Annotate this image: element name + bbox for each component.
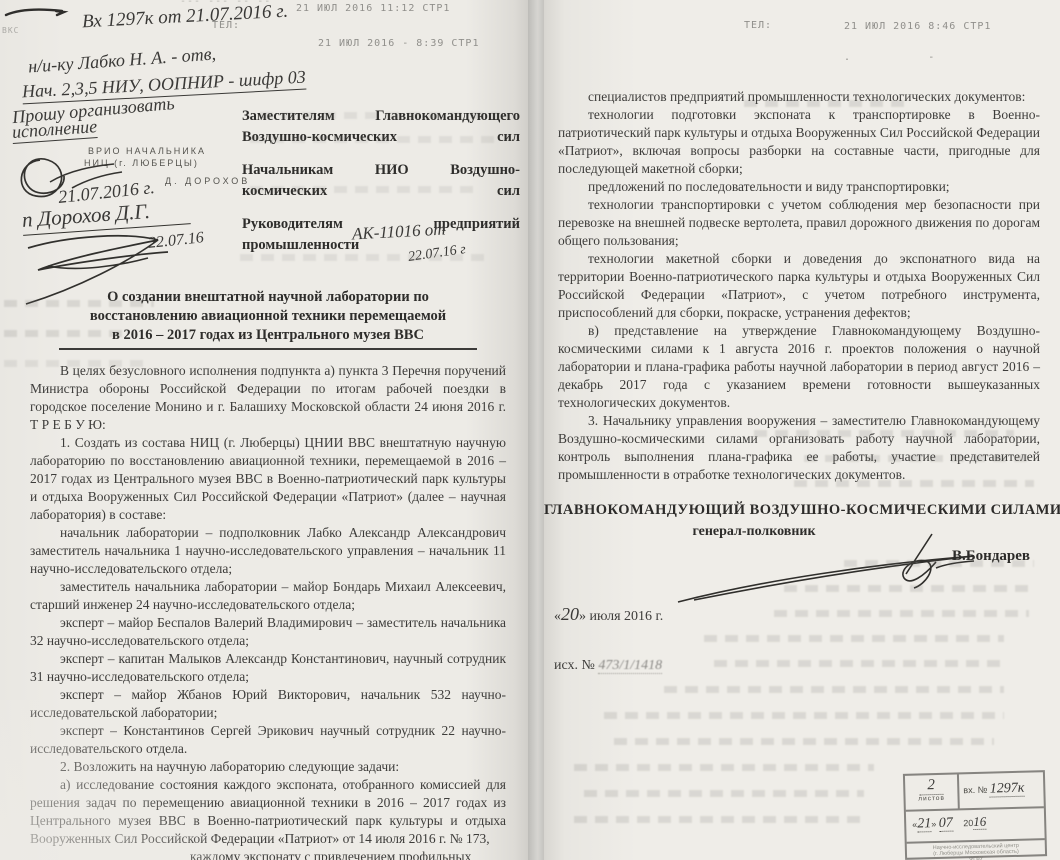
addressee-2: Начальникам НИО Воздушно-космических сил xyxy=(242,160,520,202)
paragraph: эксперт – Константинов Сергей Эрикович н… xyxy=(30,722,506,758)
bleed-through-line xyxy=(754,430,1014,437)
paragraph: в) представление на утверждение Главноко… xyxy=(558,322,1040,412)
page-gutter-shadow xyxy=(528,0,544,860)
paragraph: технологии макетной сборки и доведения д… xyxy=(558,250,1040,322)
bleed-through-line xyxy=(574,816,864,823)
paragraph: В целях безусловного исполнения подпункт… xyxy=(30,362,506,434)
outgoing-label: исх. № xyxy=(554,658,595,673)
paragraph: эксперт – майор Жбанов Юрий Викторович, … xyxy=(30,686,506,722)
stamp-date-month: 07 xyxy=(939,816,953,832)
title-underline xyxy=(59,348,478,350)
vrio-stamp-name: Д. ДОРОХОВ xyxy=(165,176,250,186)
page-2: ТЕЛ: 21 ИЮЛ 2016 8:46 СТР1 . - специалис… xyxy=(544,0,1060,860)
bleed-through-line xyxy=(664,686,1004,693)
paragraph: предложений по последовательности и виду… xyxy=(558,178,1040,196)
bleed-through-line xyxy=(260,112,500,119)
bleed-through-line xyxy=(250,186,480,193)
document-body-2: специалистов предприятий промышленности … xyxy=(558,88,1040,484)
paragraph: заместитель начальника лаборатории – май… xyxy=(30,578,506,614)
pen-stroke xyxy=(4,2,74,22)
bleed-through-line xyxy=(704,635,1004,642)
bleed-through-line xyxy=(744,100,904,107)
bleed-through-line xyxy=(774,610,1029,617)
bleed-through-line xyxy=(714,660,1004,667)
fax-tel-label-2: ТЕЛ: xyxy=(744,20,772,31)
registration-stamp-box: 2 листов вх. № 1297к «21» 07 2016 Научно… xyxy=(903,770,1047,860)
fax-header-line-3: 21 ИЮЛ 2016 8:46 СТР1 xyxy=(844,21,991,32)
paragraph: 2. Возложить на научную лабораторию след… xyxy=(30,758,506,776)
outgoing-number-handwritten: 473/1/1418 xyxy=(598,658,662,674)
resolution-line-4: исполнение xyxy=(11,116,98,144)
document-title-line-1: О создании внештатной научной лаборатори… xyxy=(30,288,506,307)
signature-date: «20» июля 2016 г. xyxy=(554,604,663,625)
corner-label: ВКС xyxy=(2,26,19,35)
fax-header-line-2: 21 ИЮЛ 2016 - 8:39 СТР1 xyxy=(318,38,479,49)
bleed-through-line xyxy=(614,738,994,745)
incoming-registration-note: Вх 1297к от 21.07.2016 г. xyxy=(82,1,289,34)
paragraph: 1. Создать из состава НИЦ (г. Люберцы) Ц… xyxy=(30,434,506,524)
paragraph: эксперт – капитан Малыков Александр Конс… xyxy=(30,650,506,686)
document-body: О создании внештатной научной лаборатори… xyxy=(30,288,506,860)
paragraph: а) исследование состояния каждого экспон… xyxy=(30,776,506,848)
stamp-incoming-number: 1297к xyxy=(990,781,1025,798)
stamp-date-year: 16 xyxy=(973,814,986,830)
bleed-through-line xyxy=(574,764,874,771)
date-open-quote: « xyxy=(554,609,561,624)
commander-signature xyxy=(674,528,1014,608)
fax-header-line-1: 21 ИЮЛ 2016 11:12 СТР1 xyxy=(296,3,450,14)
bleed-through-line xyxy=(844,560,1034,567)
bleed-through-line xyxy=(584,790,864,797)
bleed-through-line xyxy=(784,585,1034,592)
paragraph: 3. Начальнику управления вооружения – за… xyxy=(558,412,1040,484)
stamp-date-close: » xyxy=(931,819,936,829)
bleed-through-line xyxy=(240,254,490,261)
paragraph: технологии транспортировки с учетом собл… xyxy=(558,196,1040,250)
date-day-handwritten: 20 xyxy=(561,604,579,624)
date-rest: » июля 2016 г. xyxy=(579,609,663,624)
fax-dot-marks: . - xyxy=(844,52,935,63)
stamp-year-prefix: 20 xyxy=(963,818,973,828)
page-1: --- --- -- -- 21 ИЮЛ 2016 11:12 СТР1 ТЕЛ… xyxy=(0,0,530,860)
bleed-through-line xyxy=(794,480,1034,487)
paragraph: начальник лаборатории – подполковник Лаб… xyxy=(30,524,506,578)
stamp-sheets-label: листов xyxy=(905,794,957,802)
stamp-incoming-label: вх. № xyxy=(963,785,987,796)
paragraph: технологии подготовки экспоната к трансп… xyxy=(558,106,1040,178)
bleed-through-line xyxy=(604,712,1004,719)
document-title-line-2: восстановлению авиационной техники перем… xyxy=(30,307,506,326)
scanned-document: { "fax": { "p1_top_line": "21 ИЮЛ 2016 1… xyxy=(0,0,1060,860)
outgoing-number-line: исх. № 473/1/1418 xyxy=(554,658,662,674)
bleed-through-line xyxy=(250,136,500,143)
document-title-line-3: в 2016 – 2017 годах из Центрального музе… xyxy=(30,326,506,345)
commander-title: ГЛАВНОКОМАНДУЮЩИЙ ВОЗДУШНО-КОСМИЧЕСКИМИ … xyxy=(544,502,1060,519)
stamp-date-day: 21 xyxy=(917,816,931,832)
paragraph: эксперт – майор Беспалов Валерий Владими… xyxy=(30,614,506,650)
stamp-sheets-value: 2 xyxy=(919,777,943,796)
bleed-through-line xyxy=(804,455,1034,462)
cutoff-paragraph: каждому экспонату с привлечением профиль… xyxy=(30,848,506,860)
